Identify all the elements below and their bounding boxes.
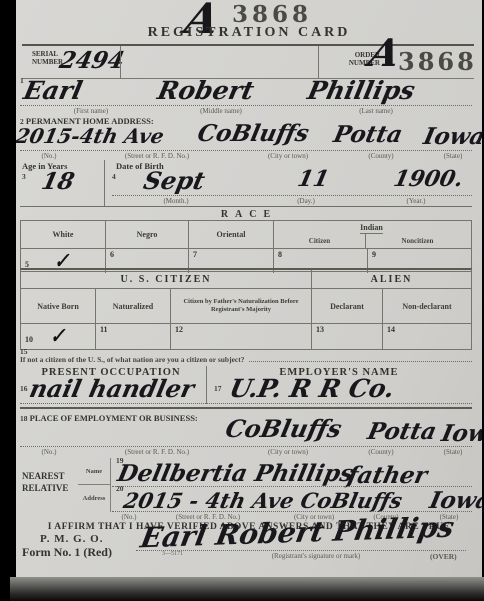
relative-name-label: Name: [78, 458, 111, 485]
label-state: (State): [428, 152, 478, 160]
citizenship-header-row: U. S. CITIZEN ALIEN: [21, 270, 471, 289]
home-state: Iowa: [421, 123, 482, 150]
scan-bottom-shadow: [10, 577, 484, 601]
name-first: Earl: [21, 76, 85, 105]
citizenship-cells-row: 10✓ 11 12 13 14: [21, 324, 471, 349]
dob-month: Sept: [141, 166, 208, 195]
us-citizen-header: U. S. CITIZEN: [21, 270, 312, 288]
over-text: (OVER): [430, 552, 457, 561]
relative-relation: father: [345, 462, 430, 489]
rule: [112, 195, 472, 196]
rule: [136, 550, 466, 551]
divider: [318, 46, 319, 78]
label-last-name: (Last name): [316, 107, 436, 115]
label-street: (Street or R. F. D. No.): [82, 152, 232, 160]
home-county: Potta: [331, 121, 405, 148]
age-value: 18: [39, 168, 77, 195]
citizenship-cell-11: 11: [96, 324, 171, 349]
race-indian-header: Indian: [360, 221, 383, 234]
serial-value: 2494: [57, 47, 127, 74]
race-cell-no: 7: [193, 250, 197, 259]
label-county: (County): [348, 448, 414, 456]
col-nondeclarant: Non-declarant: [383, 289, 471, 323]
race-col-white: White: [21, 221, 106, 248]
employment-county: Potta: [365, 418, 439, 445]
serial-label-line1: SERIAL: [32, 50, 63, 58]
race-indian-subheader: Citizen Noncitizen: [274, 234, 469, 248]
citizenship-cell-no: 13: [316, 325, 324, 334]
name-last: Phillips: [305, 76, 418, 105]
age-field-no: 3: [22, 172, 26, 181]
order-value: 3868: [398, 47, 477, 76]
dob-day: 11: [295, 166, 331, 192]
label-no: (No.): [26, 152, 72, 160]
relative-address-no: 20: [116, 484, 124, 493]
form-number-text: Form No. 1 (Red): [22, 545, 112, 560]
dob-field-no: 4: [112, 172, 116, 181]
rule: [20, 150, 472, 151]
race-cell-no: 6: [110, 250, 114, 259]
pmgo-text: P. M. G. O.: [40, 533, 103, 545]
citizenship-cell-no: 12: [175, 325, 183, 334]
stamp-number: 3868: [232, 1, 312, 28]
divider: [104, 160, 105, 206]
citizenship-cell-14: 14: [383, 324, 471, 349]
rule: [20, 407, 472, 409]
label-first-name: (First name): [36, 107, 146, 115]
employment-place-label-text: PLACE OF EMPLOYMENT OR BUSINESS:: [30, 413, 198, 423]
form-code: 3—5171: [162, 551, 183, 557]
occupation-field-no: 16: [20, 384, 28, 393]
label-state: (State): [428, 448, 478, 456]
registration-card: A 3868 REGISTRATION CARD SERIAL NUMBER 2…: [16, 0, 482, 577]
rule: [20, 403, 472, 404]
signature-line-label: (Registrant's signature or mark): [236, 552, 396, 560]
label-city: (City or town): [238, 448, 338, 456]
citizenship-cell-no: 10: [25, 335, 33, 344]
name-field-no: 1: [20, 76, 24, 85]
home-number-street: 2015-4th Ave: [16, 124, 166, 148]
relative-address-label: Address: [78, 484, 111, 512]
col-citizen-by-father: Citizen by Father's Naturalization Befor…: [171, 289, 312, 323]
employer-field-no: 17: [214, 384, 222, 393]
col-naturalized: Naturalized: [96, 289, 171, 323]
native-born-checkmark: ✓: [49, 323, 70, 349]
citizenship-cell-12: 12: [171, 324, 312, 349]
citizenship-cell-13: 13: [312, 324, 383, 349]
employer-value: U.P. R R Co.: [227, 374, 397, 403]
nearest-relative-label: NEAREST RELATIVE: [22, 470, 68, 494]
card-title: REGISTRATION CARD: [16, 25, 482, 41]
relative-name-value: Dellbertia Phillips: [115, 460, 356, 487]
citizenship-subheader-row: Native Born Naturalized Citizen by Fathe…: [21, 289, 471, 324]
label-street: (Street or R. F. D. No.): [82, 448, 232, 456]
nearest-relative-line1: NEAREST: [22, 470, 68, 482]
race-col-oriental: Oriental: [189, 221, 274, 248]
citizenship-table: U. S. CITIZEN ALIEN Native Born Naturali…: [20, 268, 472, 350]
citizenship-cell-10: 10✓: [21, 324, 96, 349]
col-native-born: Native Born: [21, 289, 96, 323]
home-city: CoBluffs: [195, 120, 311, 147]
citizenship-cell-no: 14: [387, 325, 395, 334]
label-year: (Year.): [381, 197, 451, 205]
label-month: (Month.): [136, 197, 216, 205]
occupation-value: nail handler: [27, 374, 197, 403]
rule: [249, 361, 473, 362]
rule: [112, 486, 472, 487]
employment-place-label: 18 PLACE OF EMPLOYMENT OR BUSINESS:: [20, 413, 198, 423]
race-table: White Negro Oriental Indian Citizen Nonc…: [20, 220, 472, 272]
employment-state: Iowa: [439, 420, 482, 447]
dob-year: 1900.: [391, 166, 465, 192]
label-county: (County): [348, 152, 414, 160]
nation-question: If not a citizen of the U. S., of what n…: [20, 355, 245, 364]
employment-place-field-no: 18: [20, 414, 28, 423]
nearest-relative-line2: RELATIVE: [22, 482, 68, 494]
label-middle-name: (Middle name): [166, 107, 276, 115]
name-middle: Robert: [155, 76, 257, 105]
rule: [20, 446, 472, 447]
label-day: (Day.): [271, 197, 341, 205]
employment-city: CoBluffs: [223, 414, 344, 443]
label-city: (City or town): [238, 152, 338, 160]
alien-header: ALIEN: [312, 270, 471, 288]
race-cell-no: 9: [372, 250, 376, 259]
rule: [20, 206, 472, 207]
race-sub-noncitizen: Noncitizen: [366, 234, 469, 248]
citizenship-cell-no: 11: [100, 325, 108, 334]
label-no: (No.): [112, 513, 146, 521]
divider: [120, 46, 121, 78]
relative-address-value: 2015 - 4th Ave CoBluffs: [121, 488, 404, 513]
race-col-negro: Negro: [106, 221, 189, 248]
race-title: RACE: [16, 209, 482, 220]
col-declarant: Declarant: [312, 289, 383, 323]
nation-question-row: If not a citizen of the U. S., of what n…: [20, 355, 472, 364]
serial-order-strip: SERIAL NUMBER 2494 ORDER NUMBER A 3868: [22, 44, 474, 79]
race-sub-citizen: Citizen: [274, 234, 366, 248]
label-no: (No.): [26, 448, 72, 456]
race-cell-no: 8: [278, 250, 282, 259]
race-header-row: White Negro Oriental Indian Citizen Nonc…: [21, 221, 471, 249]
scanned-document: { "header": { "annotation_letter": "A", …: [0, 0, 484, 601]
rule: [20, 105, 472, 106]
race-col-indian: Indian Citizen Noncitizen: [274, 221, 469, 248]
